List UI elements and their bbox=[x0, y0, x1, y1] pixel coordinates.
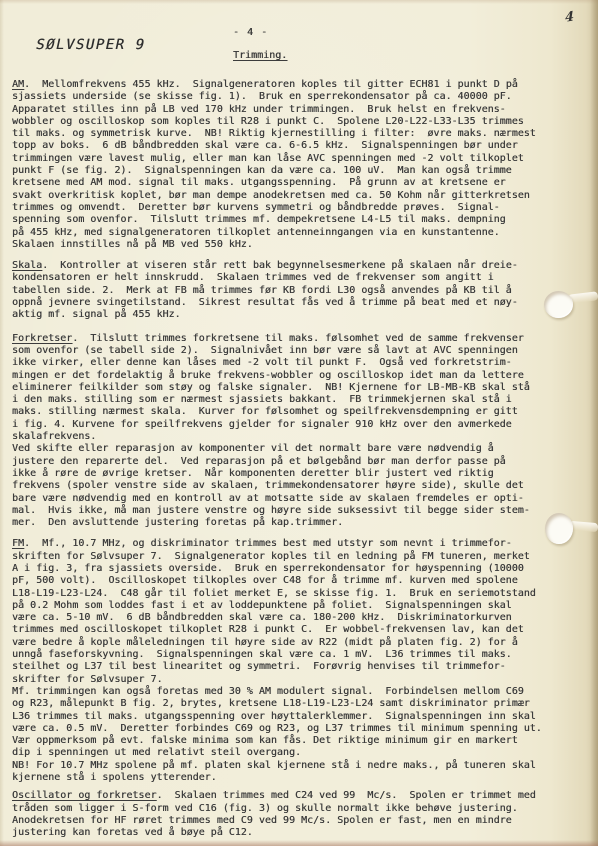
hole-punch-bottom bbox=[545, 513, 573, 544]
section-forkretser-heading: Forkretser bbox=[12, 333, 72, 344]
section-forkretser-text: . Tilslutt trimmes forkretsene til maks.… bbox=[12, 333, 530, 528]
page-number: - 4 - bbox=[233, 27, 268, 38]
scanned-page: 4 SØLVSUPER 9 - 4 - Trimming. AM. Mellom… bbox=[0, 0, 598, 846]
page-edge-shadow-bottom bbox=[0, 840, 598, 846]
section-forkretser: Forkretser. Tilslutt trimmes forkretsene… bbox=[12, 333, 596, 530]
section-am: AM. Mellomfrekvens 455 kHz. Signalgenera… bbox=[12, 79, 596, 251]
section-fm: FM. Mf., 10.7 MHz, og diskriminator trim… bbox=[12, 538, 596, 784]
section-oscillator: Oscillator og forkretser. Skalaen trimme… bbox=[12, 790, 596, 839]
hole-punch-top bbox=[544, 291, 573, 318]
section-am-text: . Mellomfrekvens 455 kHz. Signalgenerato… bbox=[12, 79, 536, 250]
handwritten-page-number: 4 bbox=[565, 9, 574, 26]
page-edge-shadow-left bbox=[0, 0, 4, 846]
section-skala: Skala. Kontroller at viseren står rett b… bbox=[12, 260, 596, 321]
section-am-heading: AM bbox=[12, 79, 24, 90]
section-skala-text: . Kontroller at viseren står rett bak be… bbox=[12, 260, 518, 320]
page-edge-shadow-top bbox=[0, 0, 598, 4]
document-body: AM. Mellomfrekvens 455 kHz. Signalgenera… bbox=[12, 79, 596, 840]
section-fm-text: . Mf., 10.7 MHz, og diskriminator trimme… bbox=[12, 538, 542, 783]
section-skala-heading: Skala bbox=[12, 260, 42, 271]
brand-title: SØLVSUPER 9 bbox=[34, 37, 147, 53]
section-oscillator-heading: Oscillator og forkretser bbox=[12, 790, 157, 801]
document-title: Trimming. bbox=[233, 50, 287, 61]
section-fm-heading: FM bbox=[12, 538, 24, 549]
